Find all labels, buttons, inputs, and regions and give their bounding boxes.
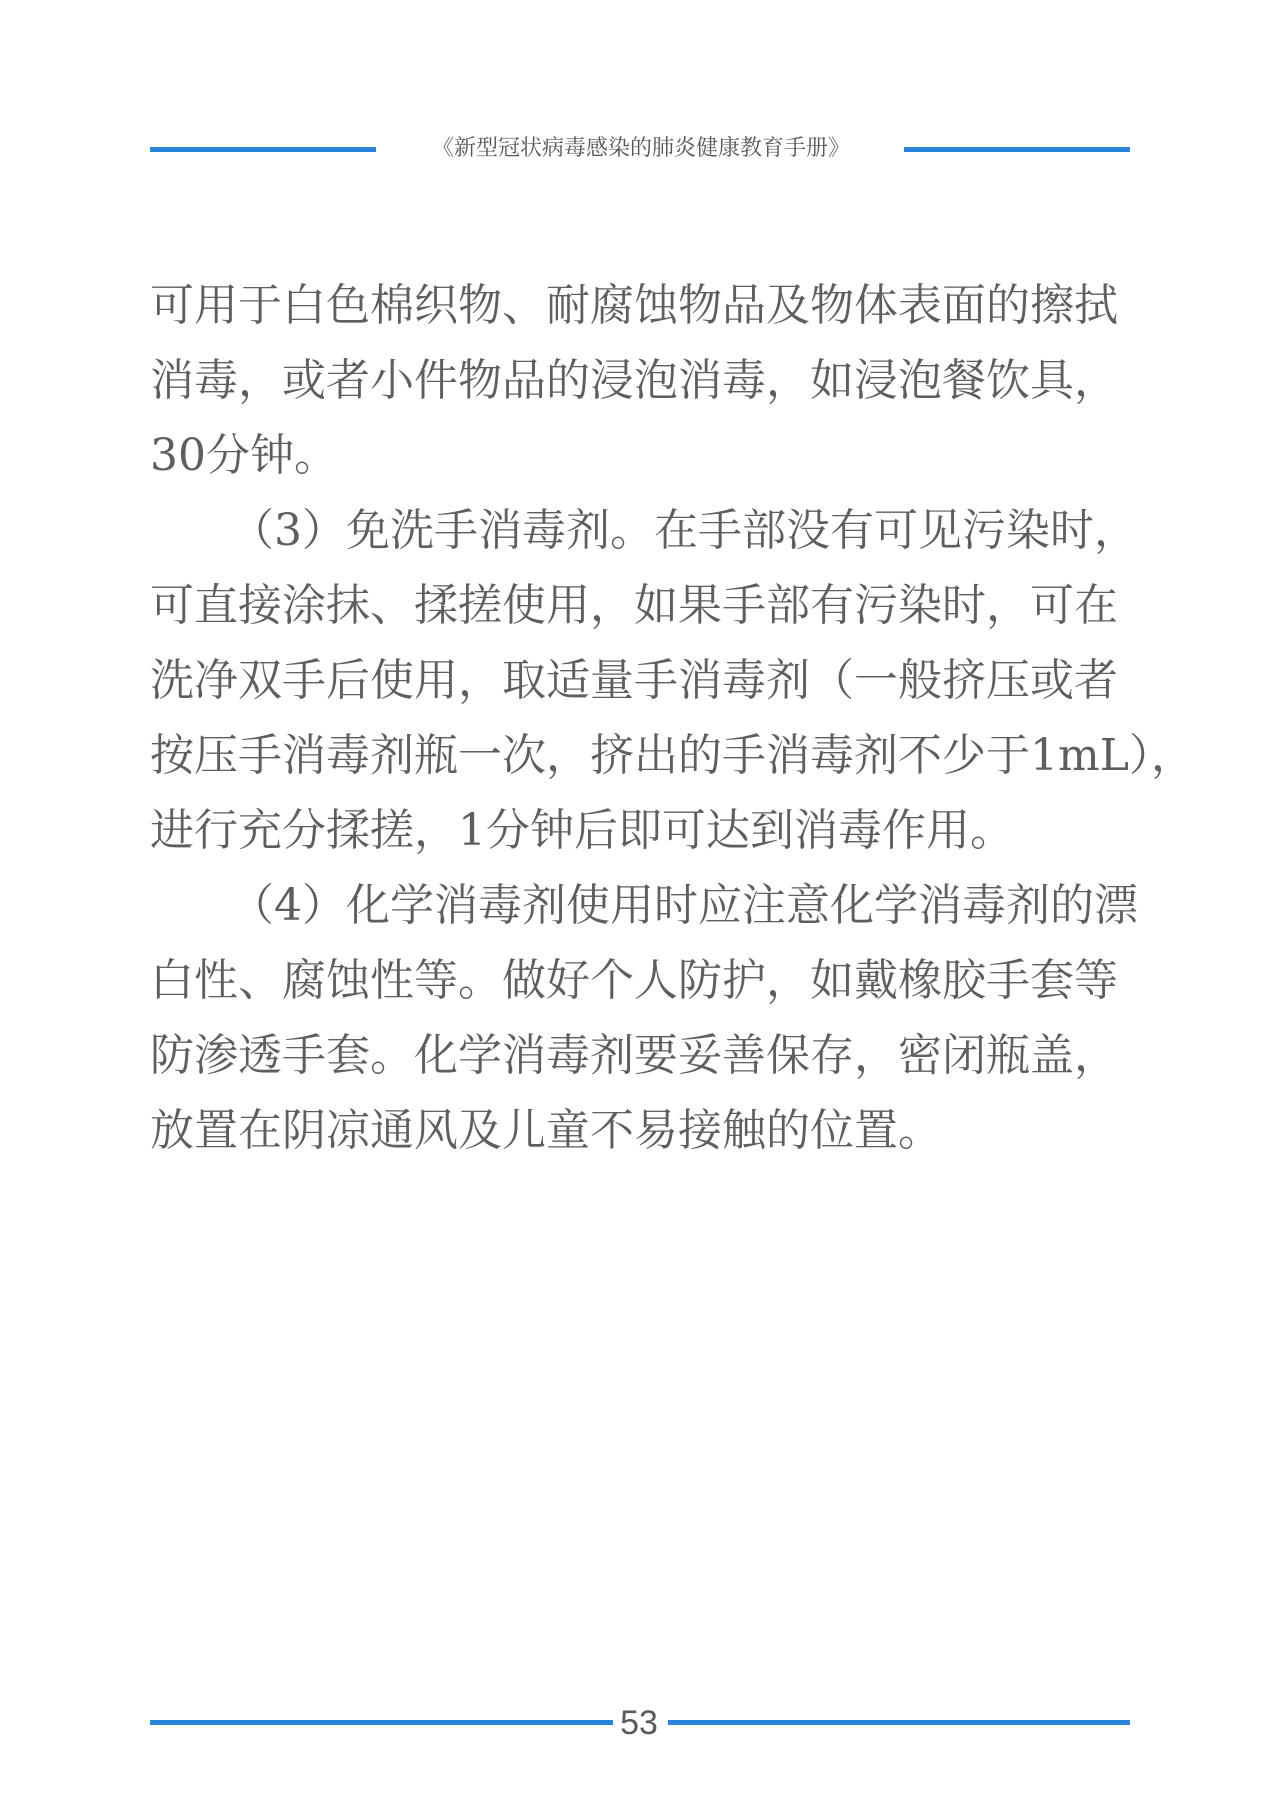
text-line: （3）免洗手消毒剂。在手部没有可见污染时， xyxy=(150,493,1150,568)
footer-rule-left xyxy=(150,1720,613,1725)
page-body: 可用于白色棉织物、耐腐蚀物品及物体表面的擦拭 消毒，或者小件物品的浸泡消毒，如浸… xyxy=(150,268,1150,1168)
text-line: 进行充分揉搓，1分钟后即可达到消毒作用。 xyxy=(150,793,1150,868)
header-rule-right xyxy=(904,147,1130,152)
text-line: 白性、腐蚀性等。做好个人防护，如戴橡胶手套等 xyxy=(150,943,1150,1018)
text-line: 洗净双手后使用，取适量手消毒剂（一般挤压或者 xyxy=(150,643,1150,718)
text-line: 可直接涂抹、揉搓使用，如果手部有污染时，可在 xyxy=(150,568,1150,643)
text-line: 可用于白色棉织物、耐腐蚀物品及物体表面的擦拭 xyxy=(150,268,1150,343)
paragraph-hand-sanitizer: （3）免洗手消毒剂。在手部没有可见污染时， 可直接涂抹、揉搓使用，如果手部有污染… xyxy=(150,493,1150,868)
text-line: 放置在阴凉通风及儿童不易接触的位置。 xyxy=(150,1093,1150,1168)
page-number: 53 xyxy=(614,1703,664,1743)
paragraph-disinfectant-usage: 可用于白色棉织物、耐腐蚀物品及物体表面的擦拭 消毒，或者小件物品的浸泡消毒，如浸… xyxy=(150,268,1150,493)
text-line: 防渗透手套。化学消毒剂要妥善保存，密闭瓶盖， xyxy=(150,1018,1150,1093)
text-line: 消毒，或者小件物品的浸泡消毒，如浸泡餐饮具， xyxy=(150,343,1150,418)
text-line: 30分钟。 xyxy=(150,418,1150,493)
text-line: （4）化学消毒剂使用时应注意化学消毒剂的漂 xyxy=(150,868,1150,943)
text-line: 按压手消毒剂瓶一次，挤出的手消毒剂不少于1mL）， xyxy=(150,718,1150,793)
header-book-title: 《新型冠状病毒感染的肺炎健康教育手册》 xyxy=(408,134,874,164)
header-rule-left xyxy=(150,147,376,152)
footer-rule-right xyxy=(668,1720,1130,1725)
paragraph-chemical-disinfectant-precautions: （4）化学消毒剂使用时应注意化学消毒剂的漂 白性、腐蚀性等。做好个人防护，如戴橡… xyxy=(150,868,1150,1168)
